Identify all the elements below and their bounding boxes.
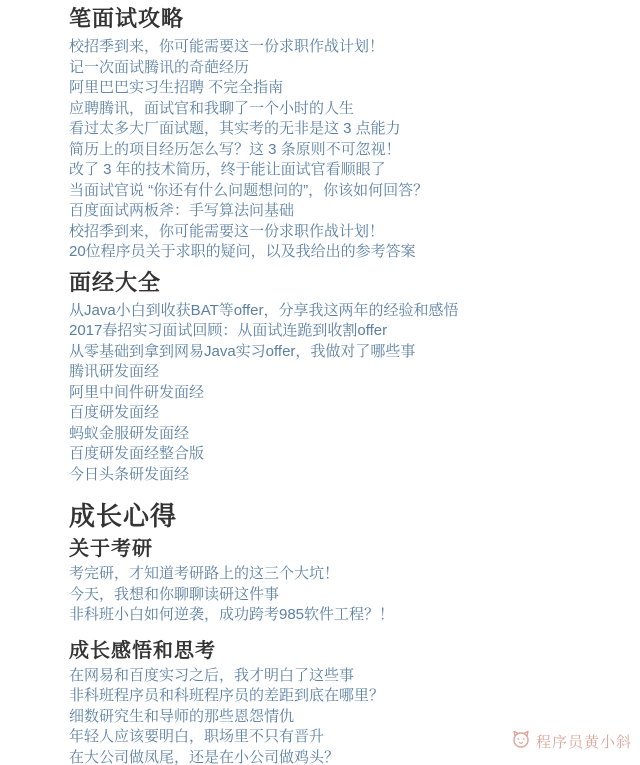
article-link[interactable]: 20位程序员关于求职的疑问，以及我给出的参考答案: [69, 242, 610, 263]
section-title-interview-experience: 面经大全: [69, 269, 610, 297]
article-link[interactable]: 阿里中间件研发面经: [69, 383, 610, 404]
section-title-written-interview-guide: 笔面试攻略: [69, 5, 610, 33]
article-link[interactable]: 从Java小白到收获BAT等offer，分享我这两年的经验和感悟: [69, 301, 610, 322]
cat-face-icon: [511, 729, 531, 754]
link-list-interview-experience: 从Java小白到收获BAT等offer，分享我这两年的经验和感悟 2017春招实…: [69, 301, 610, 486]
article-link[interactable]: 从零基础到拿到网易Java实习offer，我做对了哪些事: [69, 342, 610, 363]
article-link[interactable]: 2017春招实习面试回顾：从面试连跪到收割offer: [69, 321, 610, 342]
article-link[interactable]: 今日头条研发面经: [69, 465, 610, 486]
article-link[interactable]: 非科班小白如何逆袭，成功跨考985软件工程？！: [69, 605, 610, 626]
link-list-about-postgrad-exam: 考完研，才知道考研路上的这三个大坑！ 今天，我想和你聊聊读研这件事 非科班小白如…: [69, 564, 610, 626]
article-link[interactable]: 简历上的项目经历怎么写？这 3 条原则不可忽视！: [69, 140, 610, 161]
article-link[interactable]: 校招季到来，你可能需要这一份求职作战计划！: [69, 37, 610, 58]
article-link[interactable]: 百度研发面经: [69, 403, 610, 424]
article-link[interactable]: 百度研发面经整合版: [69, 444, 610, 465]
article-link[interactable]: 应聘腾讯，面试官和我聊了一个小时的人生: [69, 99, 610, 120]
watermark-label: 程序员黄小斜: [536, 731, 632, 752]
section-title-growth-reflections: 成长感悟和思考: [69, 638, 610, 664]
section-title-about-postgrad-exam: 关于考研: [69, 536, 610, 562]
article-link[interactable]: 今天，我想和你聊聊读研这件事: [69, 585, 610, 606]
article-link[interactable]: 改了 3 年的技术简历，终于能让面试官看顺眼了: [69, 160, 610, 181]
article-link[interactable]: 细数研究生和导师的那些恩怨情仇: [69, 707, 610, 728]
article-link[interactable]: 腾讯研发面经: [69, 362, 610, 383]
article-link[interactable]: 当面试官说 “你还有什么问题想问的”，你该如何回答？: [69, 181, 610, 202]
article-link[interactable]: 非科班程序员和科班程序员的差距到底在哪里？: [69, 686, 610, 707]
article-content: 笔面试攻略 校招季到来，你可能需要这一份求职作战计划！ 记一次面试腾讯的奇葩经历…: [0, 0, 640, 765]
section-title-growth-notes: 成长心得: [69, 499, 610, 533]
article-page: 笔面试攻略 校招季到来，你可能需要这一份求职作战计划！ 记一次面试腾讯的奇葩经历…: [0, 0, 640, 765]
watermark: 程序员黄小斜: [511, 729, 632, 754]
article-link[interactable]: 看过太多大厂面试题，其实考的无非是这 3 点能力: [69, 119, 610, 140]
article-link[interactable]: 考完研，才知道考研路上的这三个大坑！: [69, 564, 610, 585]
article-link[interactable]: 百度面试两板斧：手写算法问基础: [69, 201, 610, 222]
article-link[interactable]: 在网易和百度实习之后，我才明白了这些事: [69, 666, 610, 687]
article-link[interactable]: 蚂蚁金服研发面经: [69, 424, 610, 445]
article-link[interactable]: 记一次面试腾讯的奇葩经历: [69, 58, 610, 79]
link-list-written-interview-guide: 校招季到来，你可能需要这一份求职作战计划！ 记一次面试腾讯的奇葩经历 阿里巴巴实…: [69, 37, 610, 263]
article-link[interactable]: 阿里巴巴实习生招聘 不完全指南: [69, 78, 610, 99]
article-link[interactable]: 校招季到来，你可能需要这一份求职作战计划！: [69, 222, 610, 243]
